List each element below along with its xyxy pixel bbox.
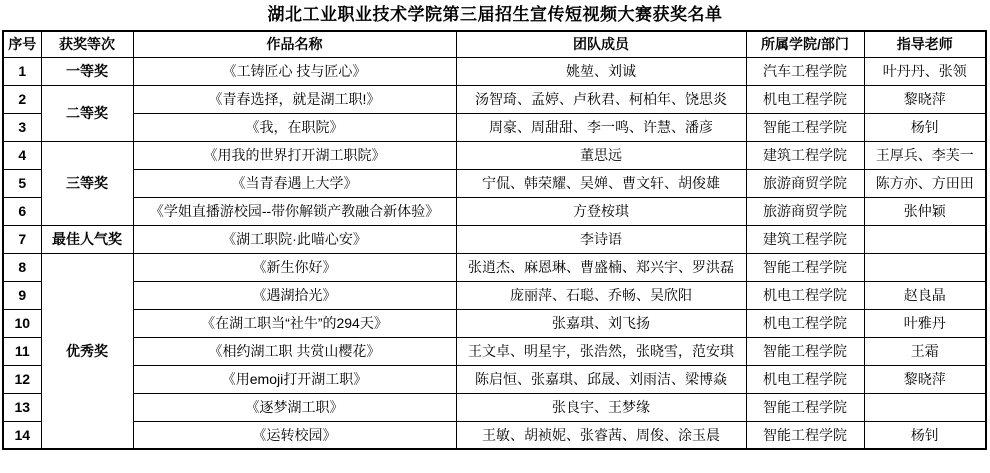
award-level-cell: 一等奖 bbox=[41, 57, 133, 85]
team-members-cell: 周豪、周甜甜、李一鸣、许慧、潘彦 bbox=[456, 113, 746, 141]
work-title-cell: 《新生你好》 bbox=[133, 253, 456, 281]
table-row-10: 10《在湖工职当“社牛”的294天》张嘉琪、刘飞扬机电工程学院叶雅丹 bbox=[3, 309, 986, 337]
team-members-cell: 陈启恒、张嘉琪、邱晟、刘雨洁、梁博焱 bbox=[456, 365, 746, 393]
advisor-cell: 杨钊 bbox=[864, 113, 986, 141]
work-title-cell: 《学姐直播游校园--带你解锁产教融合新体验》 bbox=[133, 197, 456, 225]
college-cell: 建筑工程学院 bbox=[746, 225, 864, 253]
row-number-cell: 3 bbox=[3, 113, 41, 141]
row-number-cell: 8 bbox=[3, 253, 41, 281]
work-title-cell: 《相约湖工职 共赏山樱花》 bbox=[133, 337, 456, 365]
college-cell: 智能工程学院 bbox=[746, 421, 864, 449]
advisor-cell: 陈方亦、方田田 bbox=[864, 169, 986, 197]
advisor-cell: 王霜 bbox=[864, 337, 986, 365]
college-cell: 智能工程学院 bbox=[746, 337, 864, 365]
advisor-cell: 叶雅丹 bbox=[864, 309, 986, 337]
work-title-cell: 《用emoji打开湖工职》 bbox=[133, 365, 456, 393]
row-number-cell: 11 bbox=[3, 337, 41, 365]
college-cell: 机电工程学院 bbox=[746, 281, 864, 309]
work-title-cell: 《用我的世界打开湖工职院》 bbox=[133, 141, 456, 169]
college-cell: 机电工程学院 bbox=[746, 365, 864, 393]
team-members-cell: 王敏、胡祯妮、张睿茜、周俊、涂玉晨 bbox=[456, 421, 746, 449]
advisor-cell bbox=[864, 253, 986, 281]
table-row-2: 2二等奖《青春选择，就是湖工职!》汤智琦、孟婷、卢秋君、柯柏年、饶思炎机电工程学… bbox=[3, 85, 986, 113]
college-cell: 旅游商贸学院 bbox=[746, 197, 864, 225]
advisor-cell: 叶丹丹、张领 bbox=[864, 57, 986, 85]
column-header-3: 团队成员 bbox=[456, 31, 746, 57]
table-row-4: 4三等奖《用我的世界打开湖工职院》董思远建筑工程学院王厚兵、李芙一 bbox=[3, 141, 986, 169]
college-cell: 汽车工程学院 bbox=[746, 57, 864, 85]
table-row-3: 3《我，在职院》周豪、周甜甜、李一鸣、许慧、潘彦智能工程学院杨钊 bbox=[3, 113, 986, 141]
award-level-cell: 三等奖 bbox=[41, 141, 133, 225]
work-title-cell: 《当青春遇上大学》 bbox=[133, 169, 456, 197]
table-row-1: 1一等奖《工铸匠心 技与匠心》姚堃、刘诚汽车工程学院叶丹丹、张领 bbox=[3, 57, 986, 85]
row-number-cell: 10 bbox=[3, 309, 41, 337]
row-number-cell: 12 bbox=[3, 365, 41, 393]
table-row-14: 14《运转校园》王敏、胡祯妮、张睿茜、周俊、涂玉晨智能工程学院杨钊 bbox=[3, 421, 986, 449]
work-title-cell: 《工铸匠心 技与匠心》 bbox=[133, 57, 456, 85]
work-title-cell: 《遇湖拾光》 bbox=[133, 281, 456, 309]
table-row-12: 12《用emoji打开湖工职》陈启恒、张嘉琪、邱晟、刘雨洁、梁博焱机电工程学院黎… bbox=[3, 365, 986, 393]
row-number-cell: 1 bbox=[3, 57, 41, 85]
row-number-cell: 13 bbox=[3, 393, 41, 421]
team-members-cell: 张良宇、王梦缘 bbox=[456, 393, 746, 421]
table-row-8: 8优秀奖《新生你好》张逍杰、麻恩琳、曹盛楠、郑兴宇、罗洪磊智能工程学院 bbox=[3, 253, 986, 281]
row-number-cell: 7 bbox=[3, 225, 41, 253]
awards-page: 湖北工业职业技术学院第三届招生宣传短视频大赛获奖名单 序号获奖等次作品名称团队成… bbox=[0, 0, 990, 473]
team-members-cell: 张逍杰、麻恩琳、曹盛楠、郑兴宇、罗洪磊 bbox=[456, 253, 746, 281]
table-row-5: 5《当青春遇上大学》宁侃、韩荣耀、吴婵、曹文轩、胡俊雄旅游商贸学院陈方亦、方田田 bbox=[3, 169, 986, 197]
team-members-cell: 方登桉琪 bbox=[456, 197, 746, 225]
work-title-cell: 《逐梦湖工职》 bbox=[133, 393, 456, 421]
row-number-cell: 4 bbox=[3, 141, 41, 169]
table-row-11: 11《相约湖工职 共赏山樱花》王文卓、明星宇，张浩然，张晓雪，范安琪智能工程学院… bbox=[3, 337, 986, 365]
advisor-cell: 赵良晶 bbox=[864, 281, 986, 309]
award-level-cell: 最佳人气奖 bbox=[41, 225, 133, 253]
team-members-cell: 董思远 bbox=[456, 141, 746, 169]
row-number-cell: 9 bbox=[3, 281, 41, 309]
advisor-cell: 黎晓萍 bbox=[864, 365, 986, 393]
table-row-7: 7最佳人气奖《湖工职院·此喵心安》李诗语建筑工程学院 bbox=[3, 225, 986, 253]
college-cell: 智能工程学院 bbox=[746, 113, 864, 141]
column-header-4: 所属学院/部门 bbox=[746, 31, 864, 57]
work-title-cell: 《运转校园》 bbox=[133, 421, 456, 449]
column-header-5: 指导老师 bbox=[864, 31, 986, 57]
advisor-cell bbox=[864, 225, 986, 253]
awards-table: 序号获奖等次作品名称团队成员所属学院/部门指导老师 1一等奖《工铸匠心 技与匠心… bbox=[2, 30, 987, 450]
table-row-6: 6《学姐直播游校园--带你解锁产教融合新体验》方登桉琪旅游商贸学院张仲颖 bbox=[3, 197, 986, 225]
college-cell: 智能工程学院 bbox=[746, 393, 864, 421]
advisor-cell: 王厚兵、李芙一 bbox=[864, 141, 986, 169]
advisor-cell: 杨钊 bbox=[864, 421, 986, 449]
advisor-cell: 张仲颖 bbox=[864, 197, 986, 225]
work-title-cell: 《我，在职院》 bbox=[133, 113, 456, 141]
advisor-cell bbox=[864, 393, 986, 421]
team-members-cell: 汤智琦、孟婷、卢秋君、柯柏年、饶思炎 bbox=[456, 85, 746, 113]
row-number-cell: 6 bbox=[3, 197, 41, 225]
row-number-cell: 5 bbox=[3, 169, 41, 197]
column-header-1: 获奖等次 bbox=[41, 31, 133, 57]
page-title: 湖北工业职业技术学院第三届招生宣传短视频大赛获奖名单 bbox=[0, 0, 990, 30]
team-members-cell: 庞丽萍、石聪、乔畅、吴欣阳 bbox=[456, 281, 746, 309]
team-members-cell: 李诗语 bbox=[456, 225, 746, 253]
work-title-cell: 《在湖工职当“社牛”的294天》 bbox=[133, 309, 456, 337]
advisor-cell: 黎晓萍 bbox=[864, 85, 986, 113]
college-cell: 机电工程学院 bbox=[746, 85, 864, 113]
team-members-cell: 王文卓、明星宇，张浩然，张晓雪，范安琪 bbox=[456, 337, 746, 365]
table-header-row: 序号获奖等次作品名称团队成员所属学院/部门指导老师 bbox=[3, 31, 986, 57]
award-level-cell: 优秀奖 bbox=[41, 253, 133, 449]
work-title-cell: 《青春选择，就是湖工职!》 bbox=[133, 85, 456, 113]
college-cell: 旅游商贸学院 bbox=[746, 169, 864, 197]
table-row-13: 13《逐梦湖工职》张良宇、王梦缘智能工程学院 bbox=[3, 393, 986, 421]
work-title-cell: 《湖工职院·此喵心安》 bbox=[133, 225, 456, 253]
college-cell: 智能工程学院 bbox=[746, 253, 864, 281]
row-number-cell: 2 bbox=[3, 85, 41, 113]
column-header-0: 序号 bbox=[3, 31, 41, 57]
team-members-cell: 宁侃、韩荣耀、吴婵、曹文轩、胡俊雄 bbox=[456, 169, 746, 197]
column-header-2: 作品名称 bbox=[133, 31, 456, 57]
row-number-cell: 14 bbox=[3, 421, 41, 449]
college-cell: 机电工程学院 bbox=[746, 309, 864, 337]
college-cell: 建筑工程学院 bbox=[746, 141, 864, 169]
table-row-9: 9《遇湖拾光》庞丽萍、石聪、乔畅、吴欣阳机电工程学院赵良晶 bbox=[3, 281, 986, 309]
team-members-cell: 姚堃、刘诚 bbox=[456, 57, 746, 85]
award-level-cell: 二等奖 bbox=[41, 85, 133, 141]
team-members-cell: 张嘉琪、刘飞扬 bbox=[456, 309, 746, 337]
